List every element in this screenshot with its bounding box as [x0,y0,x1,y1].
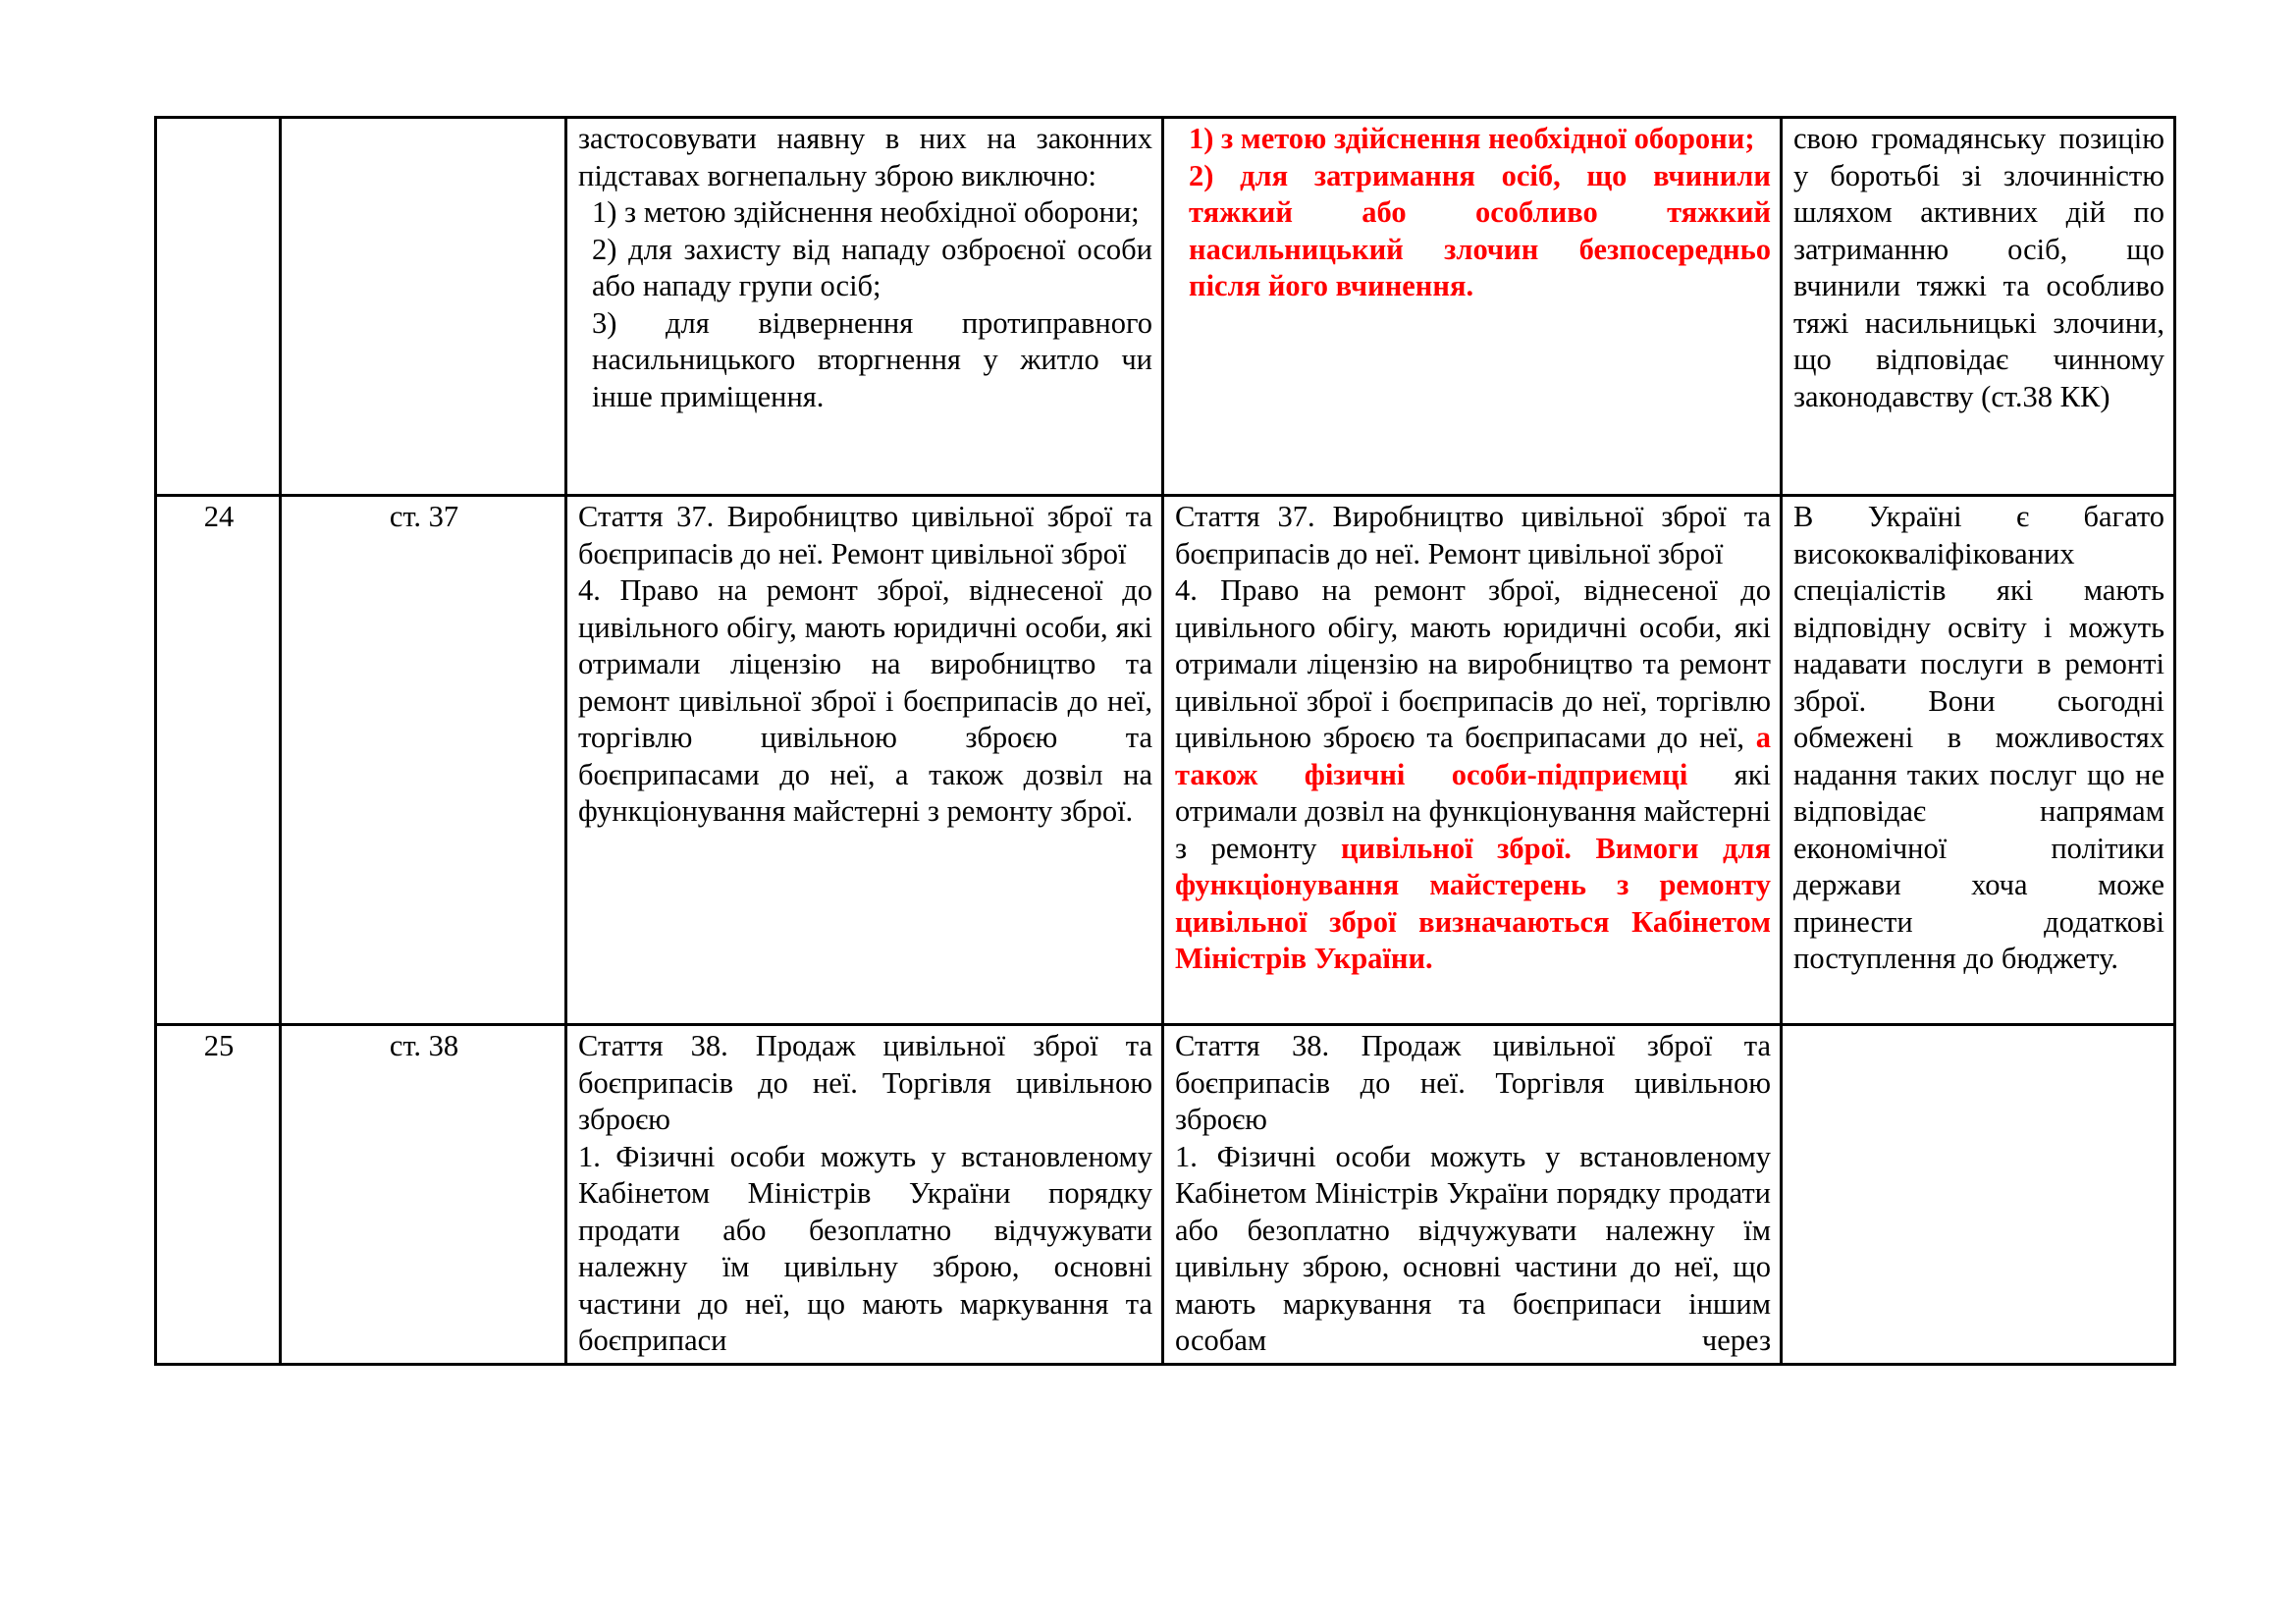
article-cell: ст. 38 [281,1025,566,1365]
row-number-cell: 25 [156,1025,281,1365]
paragraph: 1) з метою здійснення необхідної оборони… [578,194,1152,232]
text-segment: 4. Право на ремонт зброї, віднесеної до … [1175,573,1771,754]
paragraph: Стаття 38. Продаж цивільної зброї та боє… [1175,1028,1771,1139]
comparison-table: застосовувати наявну в них на законних п… [154,116,2176,1366]
table-row: 24 ст. 37 Стаття 37. Виробництво цивільн… [156,496,2175,1025]
article-cell: ст. 37 [281,496,566,1025]
proposed-text-cell: Стаття 38. Продаж цивільної зброї та боє… [1163,1025,1782,1365]
paragraph: Стаття 37. Виробництво цивільної зброї т… [1175,499,1771,572]
cell-content: Стаття 38. Продаж цивільної зброї та боє… [578,1028,1152,1362]
paragraph: 1. Фізичні особи можуть у встановленому … [1175,1139,1771,1360]
current-text-cell: Стаття 37. Виробництво цивільної зброї т… [566,496,1163,1025]
justification-cell: свою громадянську позицію у боротьбі зі … [1782,118,2175,496]
paragraph: 4. Право на ремонт зброї, віднесеної до … [578,572,1152,831]
row-number-cell: 24 [156,496,281,1025]
paragraph: 4. Право на ремонт зброї, віднесеної до … [1175,572,1771,978]
current-text-cell: застосовувати наявну в них на законних п… [566,118,1163,496]
justification-cell: В Україні є багато висококваліфікованих … [1782,496,2175,1025]
paragraph: В Україні є багато висококваліфікованих … [1793,499,2164,978]
paragraph: 1. Фізичні особи можуть у встановленому … [578,1139,1152,1360]
row-number-cell [156,118,281,496]
proposed-text-cell: 1) з метою здійснення необхідної оборони… [1163,118,1782,496]
paragraph: застосовувати наявну в них на законних п… [578,121,1152,194]
proposed-text-cell: Стаття 37. Виробництво цивільної зброї т… [1163,496,1782,1025]
table-row: застосовувати наявну в них на законних п… [156,118,2175,496]
justification-cell [1782,1025,2175,1365]
document-page: застосовувати наявну в них на законних п… [0,0,2296,1624]
current-text-cell: Стаття 38. Продаж цивільної зброї та боє… [566,1025,1163,1365]
cell-content: Стаття 38. Продаж цивільної зброї та боє… [1175,1028,1771,1362]
highlighted-paragraph: 2) для затримання осіб, що вчинили тяжки… [1175,158,1771,305]
article-cell [281,118,566,496]
paragraph: 3) для відвернення протиправного насильн… [578,305,1152,416]
highlighted-paragraph: 1) з метою здійснення необхідної оборони… [1175,121,1771,158]
paragraph: Стаття 37. Виробництво цивільної зброї т… [578,499,1152,572]
table-row: 25 ст. 38 Стаття 38. Продаж цивільної зб… [156,1025,2175,1365]
paragraph: Стаття 38. Продаж цивільної зброї та боє… [578,1028,1152,1139]
paragraph: 2) для захисту від нападу озброєної особ… [578,232,1152,305]
paragraph: свою громадянську позицію у боротьбі зі … [1793,121,2164,415]
